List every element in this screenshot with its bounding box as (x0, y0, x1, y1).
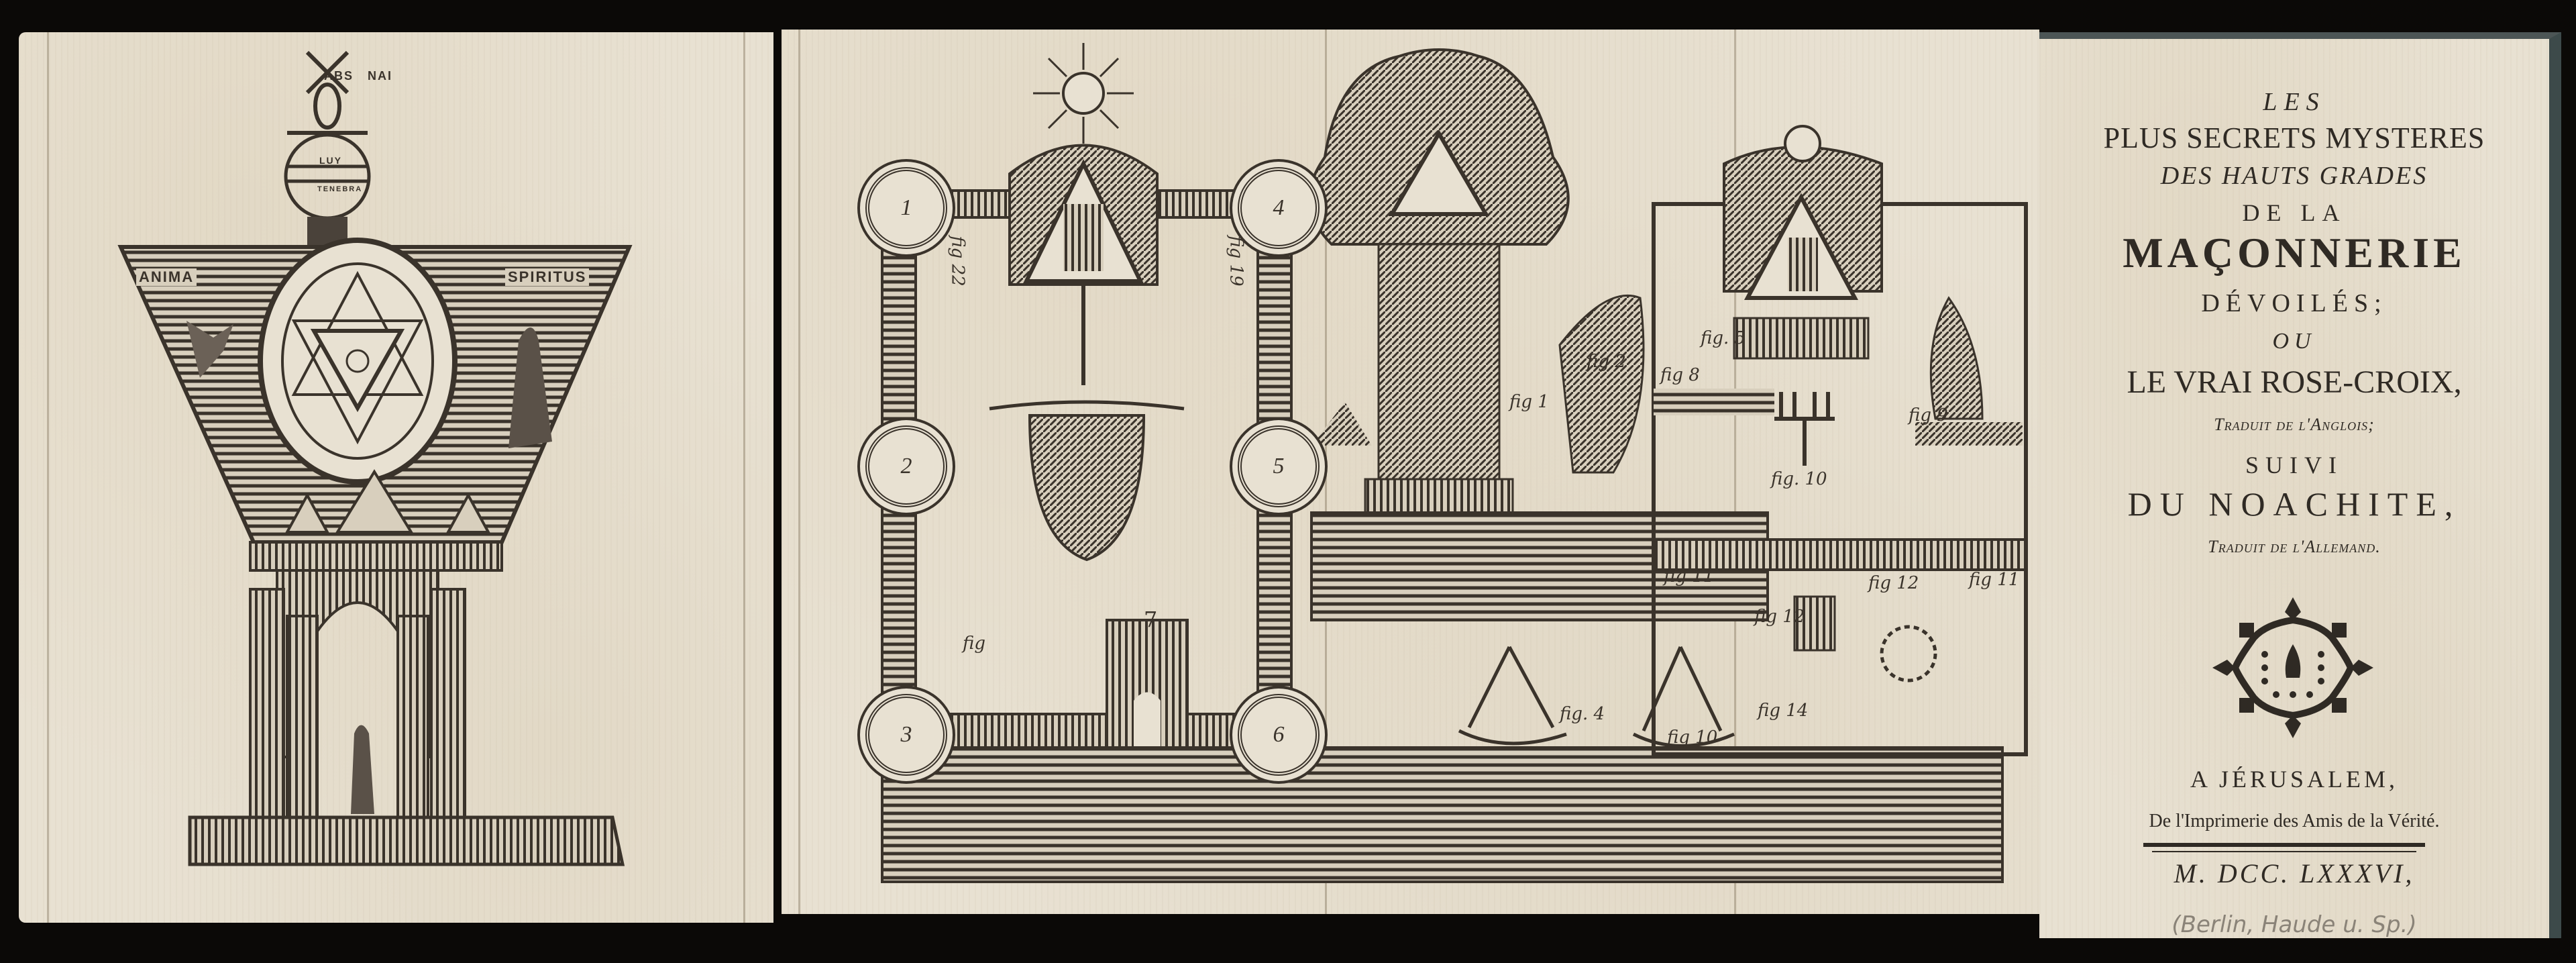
title-le-vrai-rose-croix: LE VRAI ROSE-CROIX, (2039, 364, 2549, 401)
roundel-4: 4 (1238, 167, 1320, 249)
fig-8-label: fig 8 (1660, 365, 1700, 385)
banner-spiritus: SPIRITUS (505, 268, 589, 286)
roundel-5: 5 (1238, 425, 1320, 507)
title-traduit-allemand: Traduit de l'Allemand. (2039, 537, 2549, 557)
inscription-nai: NAI (368, 69, 392, 83)
title-page: LES PLUS SECRETS MYSTERES DES HAUTS GRAD… (2039, 32, 2561, 938)
imprint-printer: De l'Imprimerie des Amis de la Vérité. (2039, 811, 2549, 832)
fig-10-label: fig. 10 (1771, 469, 1827, 489)
title-plus-secrets-mysteres: PLUS SECRETS MYSTERES (2039, 121, 2549, 155)
flame-icon (1931, 298, 1982, 419)
globe-inscription-lower: TENEBRA (317, 185, 362, 193)
fig-5-label: fig. 5 (1701, 328, 1746, 348)
imprint-date: M. DCC. LXXXVI, (2039, 858, 2549, 889)
gate-number: 7 (1144, 607, 1157, 632)
title-maconnerie: MAÇONNERIE (2039, 228, 2549, 278)
foldout-plate: 1 2 3 4 5 6 7 fig 22 fig 19 fig fig 1 fi… (782, 30, 2039, 914)
title-les: LES (2039, 87, 2549, 117)
fig-12-label: fig 12 (1754, 607, 1805, 627)
imprint-place: A JÉRUSALEM, (2039, 765, 2549, 793)
fig-11-label: fig 11 (1664, 566, 1714, 587)
fig-19-label: fig 19 (1226, 236, 1246, 286)
roundel-3: 3 (865, 694, 947, 776)
imprint-rule-thin (2152, 851, 2416, 852)
sun-face-icon (1785, 126, 1820, 161)
title-traduit-anglois: Traduit de l'Anglois; (2039, 415, 2549, 435)
globe-inscription-upper: LUY (319, 155, 342, 166)
printers-ornament-icon (2212, 597, 2373, 738)
fig-2-label: fig 2 (1587, 352, 1626, 372)
fig-11-label-b: fig 11 (1969, 570, 2019, 590)
left-frontispiece-plate: ABS NAI LUY TENEBRA ANIMA SPIRITUS (19, 32, 773, 923)
fig-10-label-b: fig 10 (1667, 727, 1717, 748)
fig-12-label-b: fig 12 (1868, 573, 1919, 593)
fig-9-label: fig 9 (1909, 405, 1948, 425)
title-des-hauts-grades: DES HAUTS GRADES (2039, 161, 2549, 191)
sun-face-icon (1033, 43, 1134, 144)
title-devoiles: DÉVOILÉS; (2039, 289, 2549, 318)
title-ou: OU (2039, 329, 2549, 354)
fig-4-label: fig. 4 (1560, 704, 1605, 724)
ark-banner-icon (1030, 415, 1144, 560)
roundel-2: 2 (865, 425, 947, 507)
palm-tree-icon (1560, 295, 1644, 472)
imprint-rule-thick (2143, 843, 2425, 847)
inscription-abs: ABS (324, 69, 354, 83)
caduceus-icon (287, 52, 368, 133)
fig-22-label: fig 22 (948, 236, 968, 286)
title-suivi: SUIVI (2039, 451, 2549, 479)
title-de-la: DE LA (2039, 199, 2549, 227)
globe-icon (286, 135, 369, 218)
fig-label-lower-left: fig (963, 633, 985, 654)
roundel-1: 1 (865, 167, 947, 249)
menorah-icon (1774, 392, 1835, 466)
fig-1-label: fig 1 (1509, 392, 1549, 412)
sunburst-icon (1882, 627, 1935, 680)
glory-triangle-icon (1309, 50, 1568, 244)
roundel-6: 6 (1238, 694, 1320, 776)
mountain-icon (1311, 402, 1372, 446)
emblem-engraving (19, 32, 773, 923)
banner-anima: ANIMA (136, 268, 197, 286)
title-du-noachite: DU NOACHITE, (2039, 485, 2549, 523)
hexagram-seal-icon (260, 240, 455, 482)
standing-figure-icon (351, 725, 374, 815)
foldout-engraving (782, 30, 2039, 914)
pencil-annotation: (Berlin, Haude u. Sp.) (2039, 911, 2549, 938)
fig-14-label: fig 14 (1758, 701, 1808, 721)
